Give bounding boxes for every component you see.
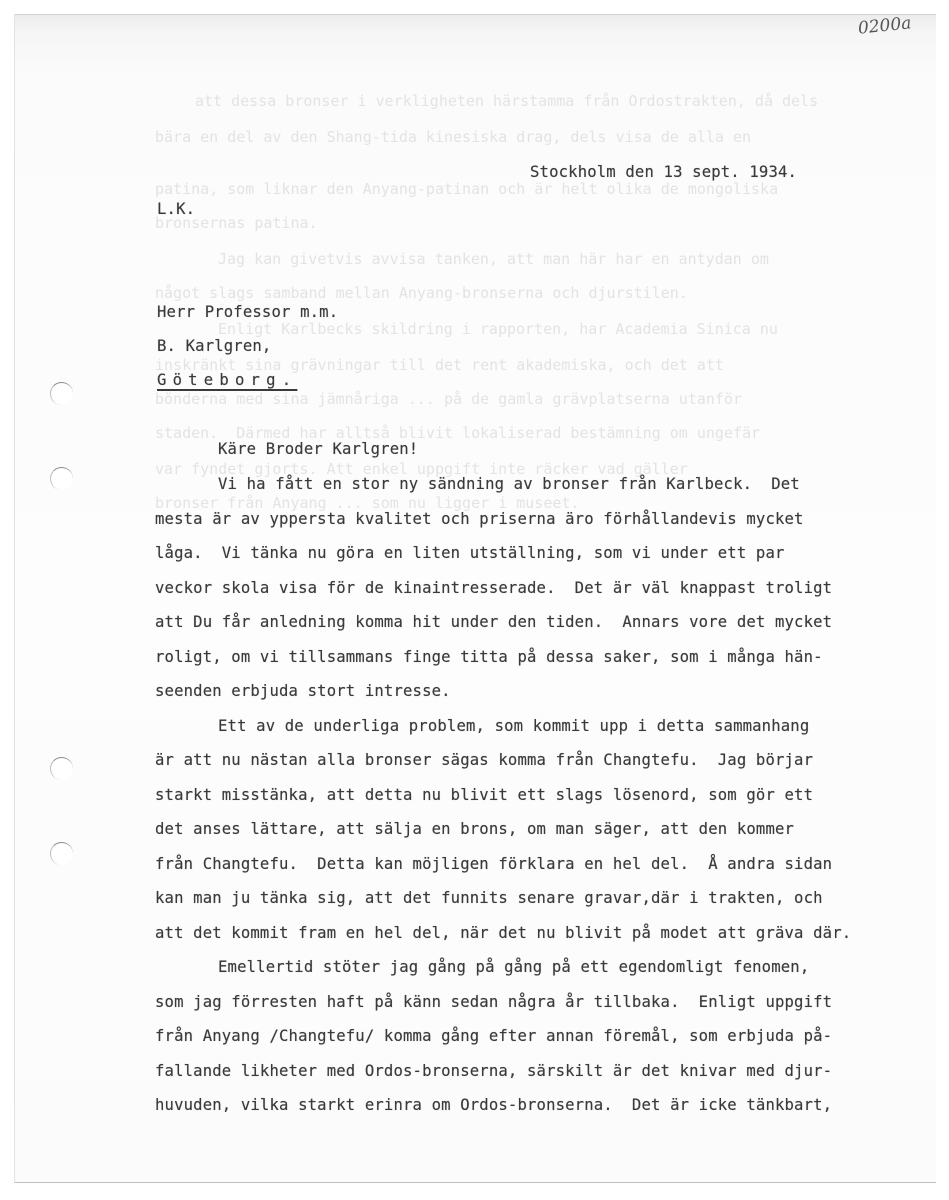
punch-hole-icon	[50, 467, 73, 490]
recipient-name: B. Karlgren,	[157, 337, 271, 355]
text-line: roligt, om vi tillsammans finge titta på…	[155, 648, 823, 666]
bleed-line: något slags samband mellan Anyang-bronse…	[155, 284, 688, 302]
bleed-line: patina, som liknar den Anyang-patinan oc…	[155, 180, 778, 198]
text-line: är att nu nästan alla bronser sägas komm…	[155, 751, 813, 769]
salutation: Käre Broder Karlgren!	[218, 440, 418, 458]
text-line: Ett av de underliga problem, som kommit …	[218, 717, 809, 735]
recipient-city: Göteborg.	[157, 371, 297, 389]
text-line: huvuden, vilka starkt erinra om Ordos-br…	[155, 1096, 832, 1114]
punch-hole-icon	[50, 757, 73, 780]
place-date: Stockholm den 13 sept. 1934.	[530, 163, 797, 181]
bleed-line: Jag kan givetvis avvisa tanken, att man …	[218, 250, 769, 268]
bleed-line: bönderna med sina jämnåriga ... på de ga…	[155, 390, 742, 408]
text-line: att det kommit fram en hel del, när det …	[155, 924, 851, 942]
punch-hole-icon	[50, 382, 73, 405]
reference-initials: L.K.	[157, 200, 195, 218]
punch-hole-icon	[50, 842, 73, 865]
text-line: att Du får anledning komma hit under den…	[155, 613, 832, 631]
text-line: fallande likheter med Ordos-bronserna, s…	[155, 1062, 832, 1080]
recipient-title: Herr Professor m.m.	[157, 303, 338, 321]
text-line: det anses lättare, att sälja en brons, o…	[155, 820, 794, 838]
text-line: mesta är av yppersta kvalitet och priser…	[155, 510, 804, 528]
bleed-line: att dessa bronser i verkligheten härstam…	[195, 92, 818, 110]
text-line: som jag förresten haft på känn sedan någ…	[155, 993, 832, 1011]
text-line: Vi ha fått en stor ny sändning av bronse…	[218, 475, 800, 493]
text-line: seenden erbjuda stort intresse.	[155, 682, 451, 700]
text-line: veckor skola visa för de kinaintresserad…	[155, 579, 832, 597]
text-line: kan man ju tänka sig, att det funnits se…	[155, 889, 823, 907]
text-line: från Anyang /Changtefu/ komma gång efter…	[155, 1027, 832, 1045]
text-line: låga. Vi tänka nu göra en liten utställn…	[155, 544, 785, 562]
text-line: starkt misstänka, att detta nu blivit et…	[155, 786, 813, 804]
bleed-line: bära en del av den Shang-tida kinesiska …	[155, 128, 751, 146]
text-line: Emellertid stöter jag gång på gång på et…	[218, 958, 809, 976]
bleed-line: Enligt Karlbecks skildring i rapporten, …	[218, 320, 778, 338]
text-line: från Changtefu. Detta kan möjligen förkl…	[155, 855, 832, 873]
